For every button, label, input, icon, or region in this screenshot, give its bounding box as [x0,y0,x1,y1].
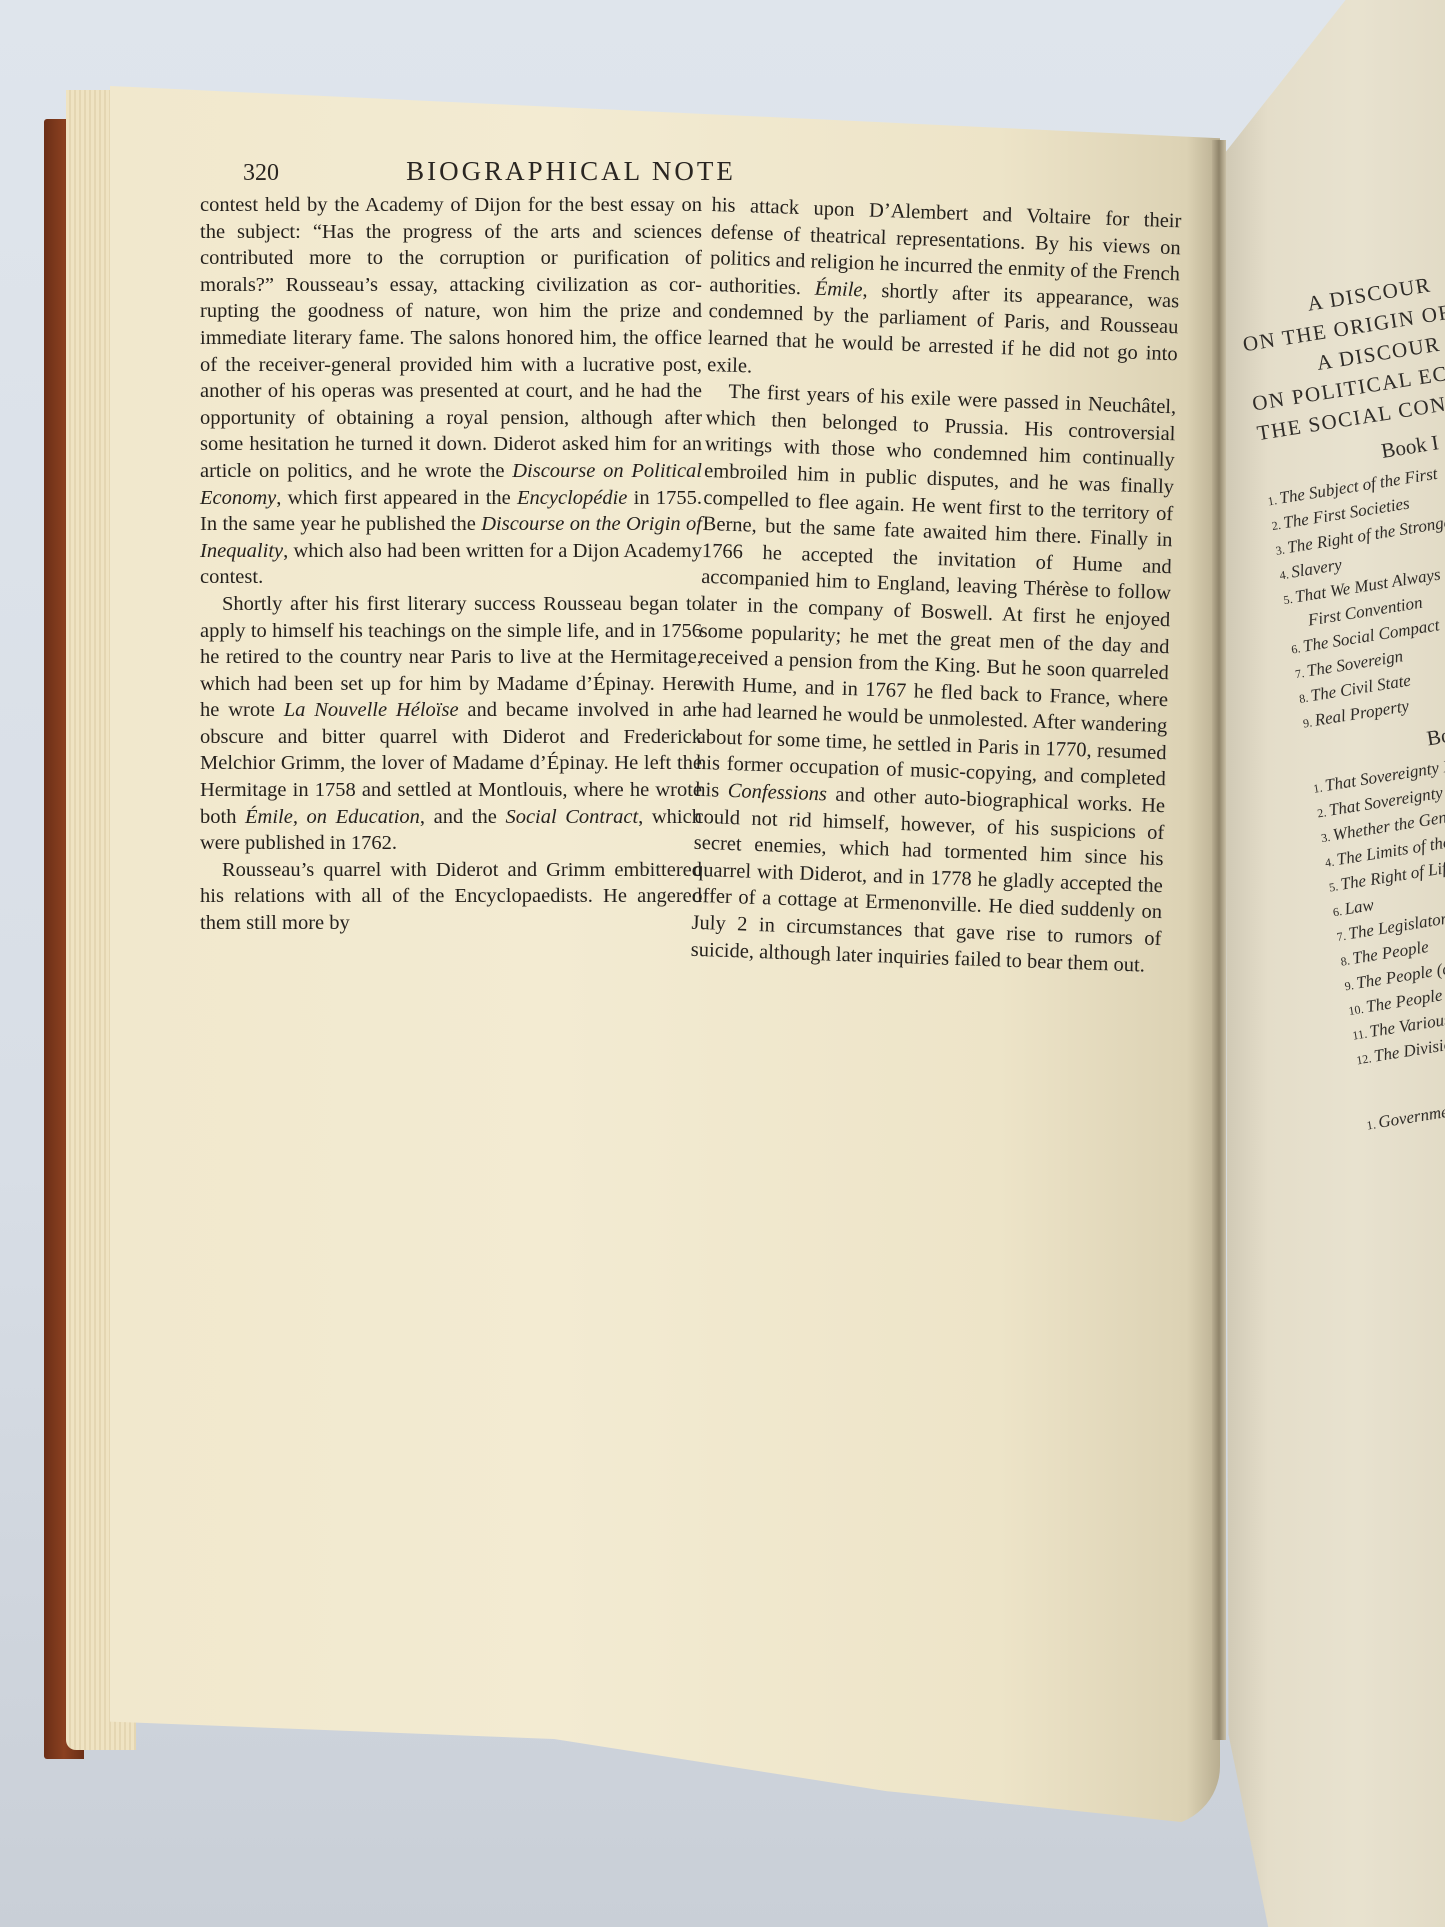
chapter-number: 1. [1312,781,1323,796]
chapter-number: 3. [1320,830,1331,845]
running-title: BIOGRAPHICAL NOTE [406,156,736,187]
chapter-number: 2. [1271,518,1282,533]
chapter-number [1304,615,1306,629]
italic-title: La Nouvelle Héloïse [284,699,459,721]
italic-title: Social Contract [505,806,638,828]
chapter-number: 4. [1324,855,1335,870]
paragraph: contest held by the Academy of Dijon for… [200,192,702,591]
italic-title: Émile [814,277,862,301]
chapter-number: 5. [1282,592,1293,607]
text-column-right: his attack upon D’Alembert and Voltaire … [690,192,1181,979]
chapter-number: 9. [1302,715,1313,730]
italic-title: Émile, on Education [245,806,420,828]
chapter-title: Law [1343,895,1375,918]
paragraph: The first years of his exile were passed… [690,378,1176,979]
book-gutter [1212,140,1226,1740]
page-header: 320 BIOGRAPHICAL NOTE [243,156,903,187]
chapter-number: 8. [1298,691,1309,706]
paragraph: Shortly after his first literary success… [200,591,702,857]
chapter-number: 11. [1351,1027,1368,1043]
text-run: , which first appeared in the [276,487,517,509]
text-run: The first years of his exile were passed… [695,381,1176,802]
text-run: , and the [420,806,506,828]
italic-title: Confessions [727,780,827,805]
chapter-number: 10. [1348,1002,1365,1018]
chapter-title: Slavery [1290,555,1343,582]
chapter-number: 5. [1328,879,1339,894]
chapter-number: 12. [1355,1051,1372,1067]
chapter-number: 7. [1294,666,1305,681]
chapter-number: 8. [1340,953,1351,968]
chapter-number: 3. [1275,543,1286,558]
text-column-left: contest held by the Academy of Dijon for… [200,192,702,937]
paragraph: his attack upon D’Alembert and Voltaire … [707,192,1182,394]
text-run: and other auto-bio­graphical works. He c… [691,783,1166,976]
chapter-number: 4. [1279,567,1290,582]
chapter-number: 7. [1336,929,1347,944]
chapter-number: 9. [1344,978,1355,993]
page-number: 320 [243,160,279,187]
chapter-number: 1. [1267,493,1278,508]
text-run: contest held by the Academy of Dijon for… [200,194,702,482]
chapter-number: 6. [1332,904,1343,919]
italic-title: En­cyclopédie [517,487,627,509]
chapter-number: 1. [1366,1117,1377,1132]
paragraph: Rousseau’s quarrel with Diderot and Grim… [200,857,702,937]
text-run: Rousseau’s quarrel with Diderot and Grim… [200,859,702,934]
chapter-number: 6. [1290,641,1301,656]
chapter-number: 2. [1316,805,1327,820]
